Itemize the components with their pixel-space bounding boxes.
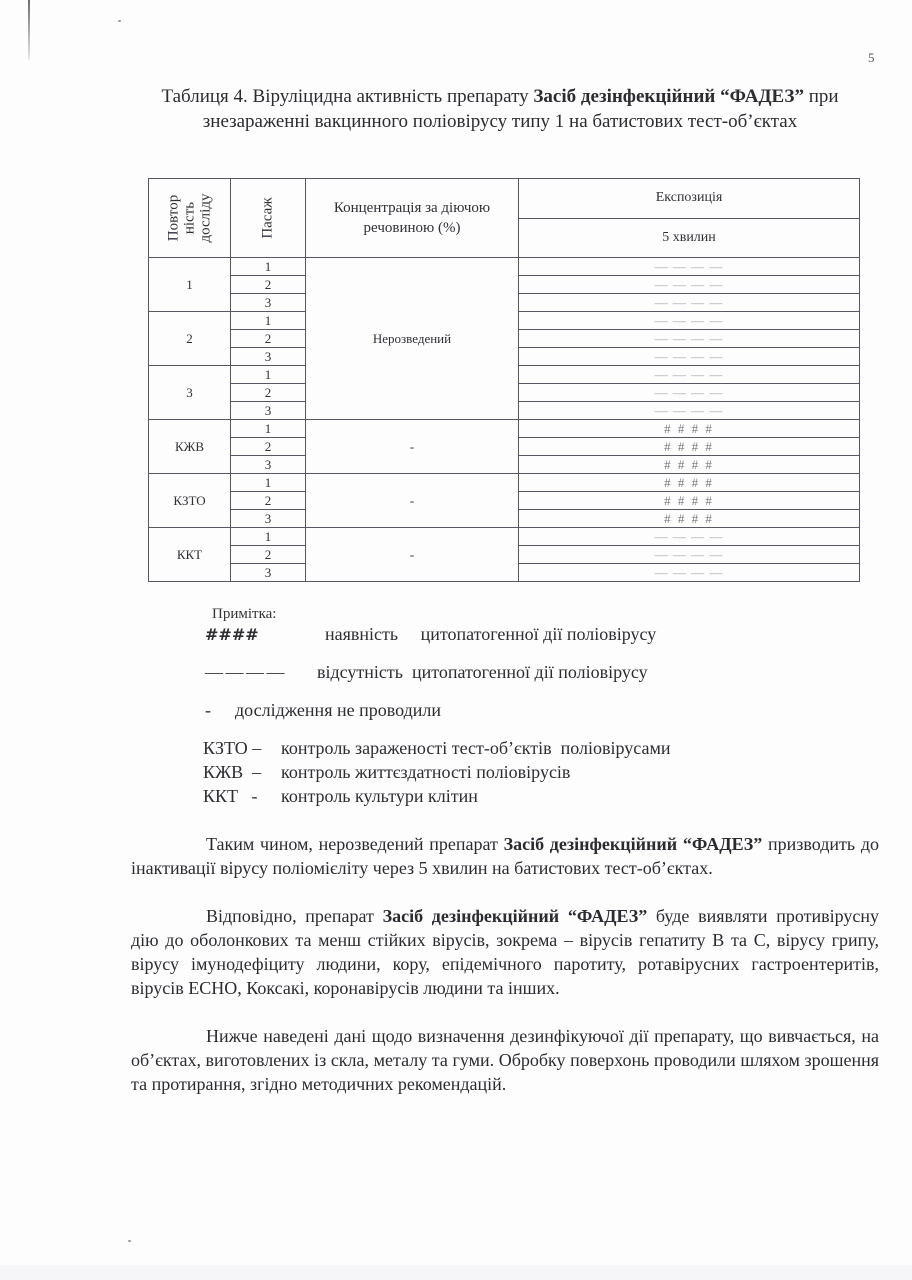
table-row: 11Нерозведений— — — — <box>149 258 860 276</box>
passage-cell: 3 <box>231 402 306 420</box>
result-cell: # # # # <box>519 492 860 510</box>
result-cell: — — — — <box>519 546 860 564</box>
header-concentration: Концентрація за діючою речовиною (%) <box>306 179 519 258</box>
passage-cell: 1 <box>231 528 306 546</box>
results-body: 11Нерозведений— — — —2— — — —3— — — —21—… <box>149 258 860 582</box>
note-title: Примітка: <box>212 606 276 623</box>
scan-speck <box>128 1240 131 1242</box>
result-cell: — — — — <box>519 564 860 582</box>
caption-product: Засіб дезінфекційний “ФАДЕЗ” <box>533 86 804 107</box>
passage-cell: 2 <box>231 438 306 456</box>
result-cell: — — — — <box>519 384 860 402</box>
passage-cell: 2 <box>231 546 306 564</box>
legend-item-presence: ####наявність цитопатогенної дії поліові… <box>205 624 656 645</box>
legend-item-absence: — — — —відсутність цитопатогенної дії по… <box>205 662 648 683</box>
passage-cell: 2 <box>231 330 306 348</box>
results-table: Повтор ність досліду Пасаж Концентрація … <box>148 178 860 582</box>
passage-cell: 3 <box>231 348 306 366</box>
result-cell: # # # # <box>519 420 860 438</box>
passage-cell: 1 <box>231 366 306 384</box>
result-cell: — — — — <box>519 330 860 348</box>
table-row: КЖВ1-# # # # <box>149 420 860 438</box>
concentration-cell: - <box>306 420 519 474</box>
concentration-cell: - <box>306 474 519 528</box>
result-cell: — — — — <box>519 402 860 420</box>
scan-speck <box>118 20 121 22</box>
table-row: ККТ1-— — — — <box>149 528 860 546</box>
passage-cell: 1 <box>231 258 306 276</box>
repeat-cell: 1 <box>149 258 231 312</box>
legend-text: дослідження не проводили <box>235 700 441 720</box>
presence-symbol: #### <box>205 625 325 644</box>
result-cell: # # # # <box>519 456 860 474</box>
passage-cell: 3 <box>231 564 306 582</box>
result-cell: — — — — <box>519 276 860 294</box>
table-row: КЗТО1-# # # # <box>149 474 860 492</box>
legend-item-not-tested: -дослідження не проводили <box>205 700 441 721</box>
result-cell: — — — — <box>519 366 860 384</box>
passage-cell: 2 <box>231 384 306 402</box>
paragraph-conclusion: Таким чином, нерозведений препарат Засіб… <box>131 832 879 880</box>
scan-bottom-band <box>0 1265 912 1280</box>
result-cell: # # # # <box>519 474 860 492</box>
concentration-cell: Нерозведений <box>306 258 519 420</box>
result-cell: # # # # <box>519 438 860 456</box>
passage-cell: 2 <box>231 276 306 294</box>
abbr-kzhv: КЖВ –контроль життєздатності поліовірусі… <box>203 760 570 784</box>
table-caption: Таблиця 4. Віруліцидна активність препар… <box>120 84 880 134</box>
abbr-kzto: КЗТО –контроль зараженості тест-об’єктів… <box>203 736 671 760</box>
repeat-cell: 3 <box>149 366 231 420</box>
result-cell: — — — — <box>519 348 860 366</box>
abbr-kkt: ККТ -контроль культури клітин <box>203 784 478 808</box>
header-exposure: Експозиція <box>519 179 860 219</box>
passage-cell: 2 <box>231 492 306 510</box>
header-repeat: Повтор ність досліду <box>149 179 231 258</box>
concentration-cell: - <box>306 528 519 582</box>
repeat-cell: ККТ <box>149 528 231 582</box>
passage-cell: 3 <box>231 456 306 474</box>
passage-cell: 1 <box>231 312 306 330</box>
absence-symbol: — — — — <box>205 662 317 683</box>
paragraph-surfaces: Нижче наведені дані щодо визначення дези… <box>131 1024 879 1096</box>
header-time: 5 хвилин <box>519 218 860 258</box>
legend-text: відсутність цитопатогенної дії поліовіру… <box>317 662 648 682</box>
scan-edge-artifact <box>28 0 30 60</box>
result-cell: — — — — <box>519 312 860 330</box>
result-cell: — — — — <box>519 294 860 312</box>
repeat-cell: КЖВ <box>149 420 231 474</box>
passage-cell: 3 <box>231 510 306 528</box>
not-tested-symbol: - <box>205 700 235 721</box>
repeat-cell: КЗТО <box>149 474 231 528</box>
passage-cell: 3 <box>231 294 306 312</box>
result-cell: — — — — <box>519 258 860 276</box>
page-number: 5 <box>868 50 875 66</box>
caption-prefix: Таблиця 4. Віруліцидна активність препар… <box>161 86 533 107</box>
result-cell: # # # # <box>519 510 860 528</box>
legend-text: наявність цитопатогенної дії поліовірусу <box>325 624 656 644</box>
result-cell: — — — — <box>519 528 860 546</box>
repeat-cell: 2 <box>149 312 231 366</box>
header-passage: Пасаж <box>231 179 306 258</box>
passage-cell: 1 <box>231 420 306 438</box>
paragraph-antiviral: Відповідно, препарат Засіб дезінфекційни… <box>131 904 879 1000</box>
passage-cell: 1 <box>231 474 306 492</box>
